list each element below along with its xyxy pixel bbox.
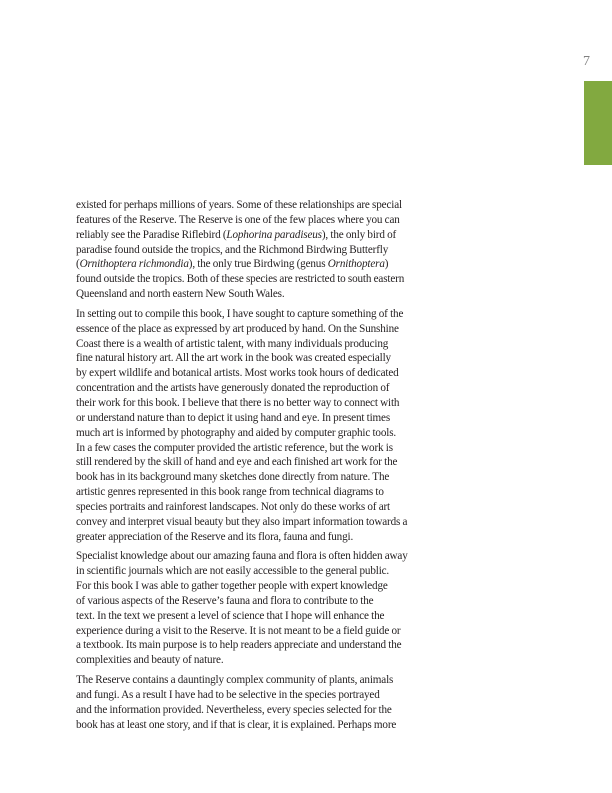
text-line: species portraits and rainforest landsca… [76, 500, 448, 515]
text-line: of various aspects of the Reserve’s faun… [76, 594, 448, 609]
text-line: a textbook. Its main purpose is to help … [76, 638, 448, 653]
paragraph-1: existed for perhaps millions of years. S… [76, 198, 448, 302]
text-line: convey and interpret visual beauty but t… [76, 515, 448, 530]
text-line: text. In the text we present a level of … [76, 609, 448, 624]
text-line: In a few cases the computer provided the… [76, 441, 448, 456]
text-line: artistic genres represented in this book… [76, 485, 448, 500]
text-line: paradise found outside the tropics, and … [76, 243, 448, 258]
text-line: or understand nature than to depict it u… [76, 411, 448, 426]
text-line: concentration and the artists have gener… [76, 381, 448, 396]
text-line: The Reserve contains a dauntingly comple… [76, 673, 448, 688]
text-line: Specialist knowledge about our amazing f… [76, 549, 448, 564]
text-line: greater appreciation of the Reserve and … [76, 530, 448, 545]
text-line: complexities and beauty of nature. [76, 653, 448, 668]
species-name: Ornithoptera [328, 258, 385, 270]
body-text: existed for perhaps millions of years. S… [76, 198, 448, 738]
text-line: book has in its background many sketches… [76, 470, 448, 485]
text-line: found outside the tropics. Both of these… [76, 272, 448, 287]
paragraph-3: Specialist knowledge about our amazing f… [76, 549, 448, 668]
species-name: Ornithoptera richmondia [80, 258, 189, 270]
text-line: and the information provided. Neverthele… [76, 703, 448, 718]
text-line: Queensland and north eastern New South W… [76, 287, 448, 302]
text-line: (Ornithoptera richmondia), the only true… [76, 257, 448, 272]
text-line: Coast there is a wealth of artistic tale… [76, 337, 448, 352]
text-line: features of the Reserve. The Reserve is … [76, 213, 448, 228]
text-line: For this book I was able to gather toget… [76, 579, 448, 594]
text-line: experience during a visit to the Reserve… [76, 624, 448, 639]
text-line: their work for this book. I believe that… [76, 396, 448, 411]
text-line: still rendered by the skill of hand and … [76, 455, 448, 470]
paragraph-2: In setting out to compile this book, I h… [76, 307, 448, 545]
text-line: essence of the place as expressed by art… [76, 322, 448, 337]
text-line: in scientific journals which are not eas… [76, 564, 448, 579]
text-line: existed for perhaps millions of years. S… [76, 198, 448, 213]
species-name: Lophorina paradiseus [226, 229, 321, 241]
text-line: fine natural history art. All the art wo… [76, 351, 448, 366]
text-line: book has at least one story, and if that… [76, 718, 448, 733]
text-line: reliably see the Paradise Riflebird (Lop… [76, 228, 448, 243]
chapter-thumb-tab [584, 81, 612, 165]
paragraph-4: The Reserve contains a dauntingly comple… [76, 673, 448, 732]
page-number: 7 [583, 54, 590, 70]
text-line: and fungi. As a result I have had to be … [76, 688, 448, 703]
text-line: In setting out to compile this book, I h… [76, 307, 448, 322]
text-line: by expert wildlife and botanical artists… [76, 366, 448, 381]
text-line: much art is informed by photography and … [76, 426, 448, 441]
